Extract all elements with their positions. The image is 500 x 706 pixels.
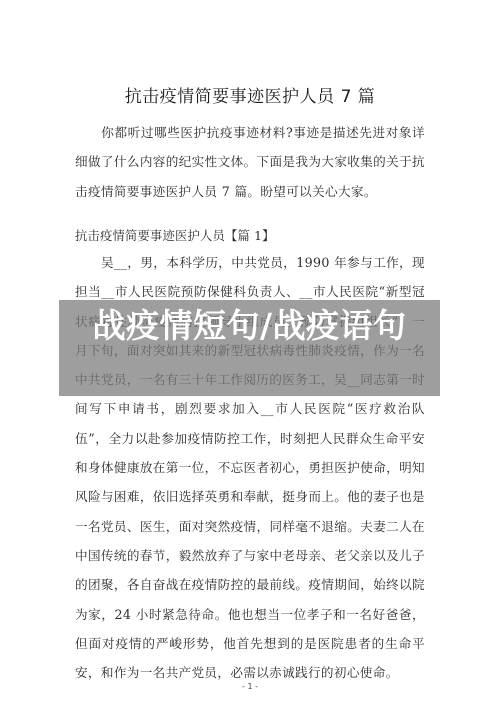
section-title: 抗击疫情简要事迹医护人员【篇 1】: [75, 226, 275, 244]
page-number: - 1 -: [0, 682, 500, 691]
intro-paragraph: 你都听过哪些医护抗疫事迹材料?事迹是描述先进对象详细做了什么内容的纪实性文体。下…: [75, 118, 425, 206]
intro-text: 你都听过哪些医护抗疫事迹材料?事迹是描述先进对象详细做了什么内容的纪实性文体。下…: [75, 125, 425, 199]
overlay-headline: 战疫情短句/战疫语句: [59, 306, 440, 346]
document-title: 抗击疫情简要事迹医护人员 7 篇: [0, 82, 500, 107]
